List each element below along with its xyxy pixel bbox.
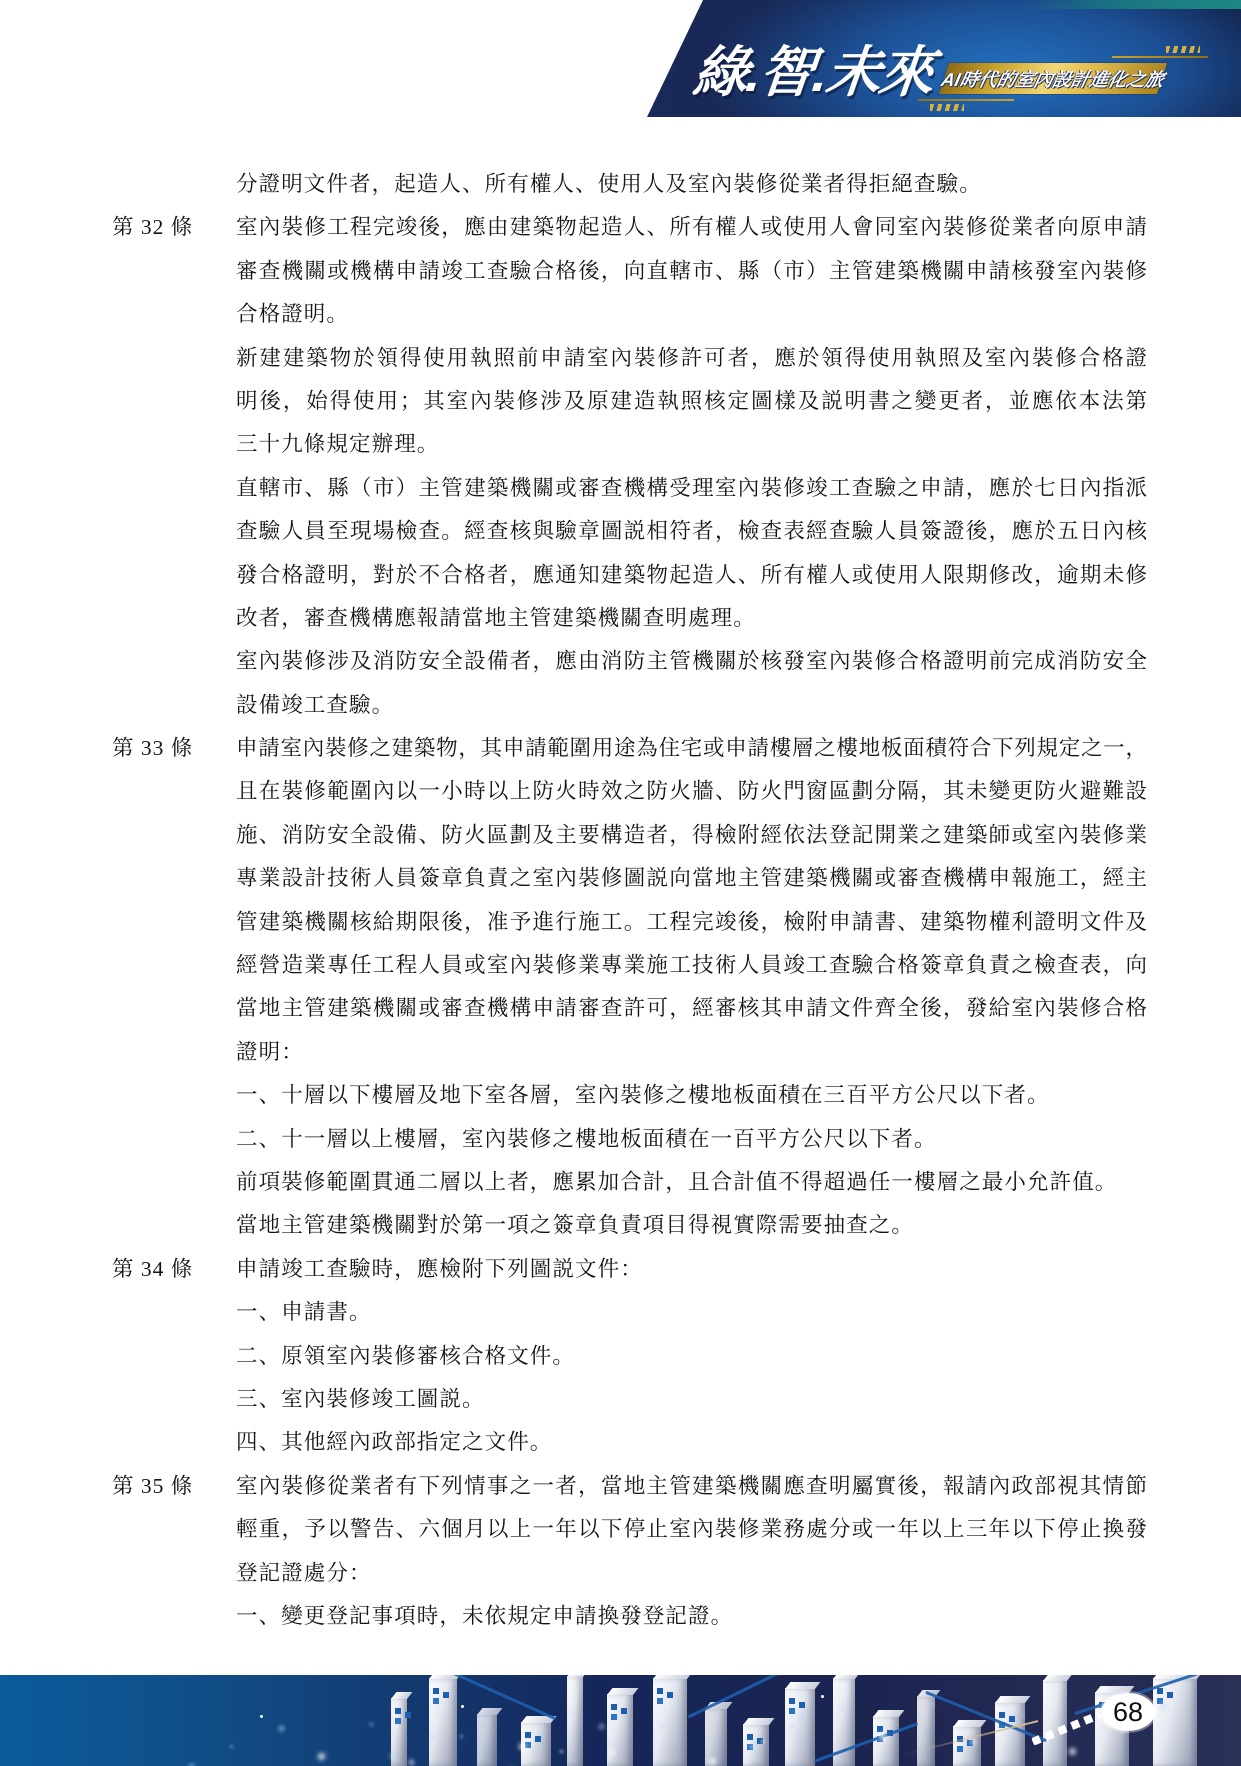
building-shape: [705, 1708, 727, 1766]
line-text: 施、消防安全設備、防火區劃及主要構造者，得檢附經依法登記開業之建築師或室內裝修業: [236, 814, 1147, 857]
tagline-text: AI時代的室內設計進化之旅: [939, 66, 1167, 92]
line-text: 室內裝修從業者有下列情事之一者，當地主管建築機關應查明屬實後，報請內政部視其情節: [236, 1465, 1147, 1508]
article-number: 第 33 條: [112, 727, 193, 770]
line-text: 發合格證明，對於不合格者，應通知建築物起造人、所有權人或使用人限期修改，逾期未修: [236, 554, 1147, 597]
line-text: 一、十層以下樓層及地下室各層，室內裝修之樓地板面積在三百平方公尺以下者。: [236, 1074, 1147, 1117]
text-line: 專業設計技術人員簽章負責之室內裝修圖説向當地主管建築機關或審查機構申報施工，經主: [112, 857, 1147, 900]
glow-dots: [461, 1705, 464, 1708]
line-text: 專業設計技術人員簽章負責之室內裝修圖説向當地主管建築機關或審查機構申報施工，經主: [236, 857, 1147, 900]
text-line: 四、其他經內政部指定之文件。: [112, 1421, 1147, 1464]
text-line: 設備竣工查驗。: [112, 684, 1147, 727]
text-line: 管建築機關核給期限後，准予進行施工。工程完竣後，檢附申請書、建築物權利證明文件及: [112, 901, 1147, 944]
line-text: 直轄市、縣（市）主管建築機關或審查機構受理室內裝修竣工查驗之申請，應於七日內指派: [236, 467, 1147, 510]
building-shape: [995, 1702, 1025, 1766]
text-line: 改者，審查機構應報請當地主管建築機關查明處理。: [112, 597, 1147, 640]
text-line: 一、申請書。: [112, 1291, 1147, 1334]
text-line: 三、室內裝修竣工圖説。: [112, 1378, 1147, 1421]
text-line: 審查機關或機構申請竣工查驗合格後，向直轄市、縣（市）主管建築機關申請核發室內裝修: [112, 250, 1147, 293]
building-shape: [521, 1722, 551, 1766]
line-text: 當地主管建築機關或審查機構申請審查許可，經審核其申請文件齊全後，發給室內裝修合格: [236, 987, 1147, 1030]
building-shape: [917, 1696, 935, 1766]
building-shape: [429, 1678, 457, 1766]
header-banner: [0, 0, 1241, 117]
line-text: 審查機關或機構申請竣工查驗合格後，向直轄市、縣（市）主管建築機關申請核發室內裝修: [236, 250, 1147, 293]
line-text: 證明：: [236, 1031, 1147, 1074]
building-shape: [391, 1698, 407, 1766]
text-line: 直轄市、縣（市）主管建築機關或審查機構受理室內裝修竣工查驗之申請，應於七日內指派: [112, 467, 1147, 510]
building-shape: [873, 1716, 899, 1766]
text-line: 且在裝修範圍內以一小時以上防火時效之防火牆、防火門窗區劃分隔，其未變更防火避難設: [112, 770, 1147, 813]
page-number: 68: [1113, 1697, 1143, 1728]
text-line: 三十九條規定辦理。: [112, 423, 1147, 466]
building-shape: [607, 1694, 633, 1766]
line-text: 經營造業專任工程人員或室內裝修業專業施工技術人員竣工查驗合格簽章負責之檢查表，向: [236, 944, 1147, 987]
footer-band: [0, 1675, 1241, 1766]
text-line: 施、消防安全設備、防火區劃及主要構造者，得檢附經依法登記開業之建築師或室內裝修業: [112, 814, 1147, 857]
text-line: 登記證處分：: [112, 1552, 1147, 1595]
badge-accent-dashes-bottom: [930, 104, 964, 111]
badge-accent-dashes-top: [1166, 46, 1200, 53]
line-text: 合格證明。: [236, 293, 1147, 336]
text-line: 新建建築物於領得使用執照前申請室內裝修許可者，應於領得使用執照及室內裝修合格證: [112, 337, 1147, 380]
text-line: 輕重，予以警告、六個月以上一年以下停止室內裝修業務處分或一年以上三年以下停止換發: [112, 1508, 1147, 1551]
building-shape: [567, 1676, 583, 1766]
document-page: 綠.智.未來 AI時代的室內設計進化之旅 分證明文件者，起造人、所有權人、使用人…: [0, 0, 1241, 1766]
line-text: 且在裝修範圍內以一小時以上防火時效之防火牆、防火門窗區劃分隔，其未變更防火避難設: [236, 770, 1147, 813]
article-line: 第 32 條室內裝修工程完竣後，應由建築物起造人、所有權人或使用人會同室內裝修從…: [112, 206, 1147, 249]
text-line: 一、變更登記事項時，未依規定申請換發登記證。: [112, 1595, 1147, 1638]
article-number: 第 32 條: [112, 206, 193, 249]
building-shape: [1043, 1680, 1067, 1766]
line-text: 室內裝修工程完竣後，應由建築物起造人、所有權人或使用人會同室內裝修從業者向原申請: [236, 206, 1147, 249]
article-line: 第 35 條室內裝修從業者有下列情事之一者，當地主管建築機關應查明屬實後，報請內…: [112, 1465, 1147, 1508]
page-number-badge: 68: [1101, 1693, 1155, 1731]
line-text: 管建築機關核給期限後，准予進行施工。工程完竣後，檢附申請書、建築物權利證明文件及: [236, 901, 1147, 944]
glow-dots: [821, 1695, 824, 1698]
text-line: 發合格證明，對於不合格者，應通知建築物起造人、所有權人或使用人限期修改，逾期未修: [112, 554, 1147, 597]
article-number: 第 34 條: [112, 1248, 193, 1291]
header-teal-strip: [1020, 0, 1241, 9]
brand-logo: 綠.智.未來: [690, 28, 948, 107]
building-shape: [743, 1724, 769, 1766]
line-text: 當地主管建築機關對於第一項之簽章負責項目得視實際需要抽查之。: [236, 1204, 1147, 1247]
text-line: 當地主管建築機關對於第一項之簽章負責項目得視實際需要抽查之。: [112, 1204, 1147, 1247]
line-text: 四、其他經內政部指定之文件。: [236, 1421, 1147, 1464]
line-text: 三、室內裝修竣工圖説。: [236, 1378, 1147, 1421]
building-shape: [953, 1726, 981, 1766]
building-shape: [477, 1714, 497, 1766]
article-line: 第 33 條申請室內裝修之建築物，其申請範圍用途為住宅或申請樓層之樓地板面積符合…: [112, 727, 1147, 770]
building-shape: [1153, 1678, 1197, 1766]
line-text: 登記證處分：: [236, 1552, 1147, 1595]
article-number: 第 35 條: [112, 1465, 193, 1508]
line-text: 三十九條規定辦理。: [236, 423, 1147, 466]
line-text: 申請竣工查驗時，應檢附下列圖説文件：: [236, 1248, 1147, 1291]
line-text: 二、十一層以上樓層，室內裝修之樓地板面積在一百平方公尺以下者。: [236, 1118, 1147, 1161]
circuit-line: [446, 1675, 557, 1720]
line-text: 改者，審查機構應報請當地主管建築機關查明處理。: [236, 597, 1147, 640]
text-line: 二、十一層以上樓層，室內裝修之樓地板面積在一百平方公尺以下者。: [112, 1118, 1147, 1161]
line-text: 申請室內裝修之建築物，其申請範圍用途為住宅或申請樓層之樓地板面積符合下列規定之一…: [236, 727, 1147, 770]
article-line: 第 34 條申請竣工查驗時，應檢附下列圖説文件：: [112, 1248, 1147, 1291]
glow-dots: [260, 1715, 263, 1718]
text-line: 室內裝修涉及消防安全設備者，應由消防主管機關於核發室內裝修合格證明前完成消防安全: [112, 640, 1147, 683]
tagline-badge: AI時代的室內設計進化之旅: [939, 63, 1167, 94]
text-line: 合格證明。: [112, 293, 1147, 336]
document-lines: 分證明文件者，起造人、所有權人、使用人及室內裝修從業者得拒絕查驗。第 32 條室…: [112, 163, 1147, 1638]
line-text: 室內裝修涉及消防安全設備者，應由消防主管機關於核發室內裝修合格證明前完成消防安全: [236, 640, 1147, 683]
text-line: 當地主管建築機關或審查機構申請審查許可，經審核其申請文件齊全後，發給室內裝修合格: [112, 987, 1147, 1030]
line-text: 新建建築物於領得使用執照前申請室內裝修許可者，應於領得使用執照及室內裝修合格證: [236, 337, 1147, 380]
line-text: 一、申請書。: [236, 1291, 1147, 1334]
text-line: 前項裝修範圍貫通二層以上者，應累加合計，且合計值不得超過任一樓層之最小允許值。: [112, 1161, 1147, 1204]
document-body: 分證明文件者，起造人、所有權人、使用人及室內裝修從業者得拒絕查驗。第 32 條室…: [112, 163, 1147, 1638]
circuit-line: [814, 1722, 918, 1762]
text-line: 明後，始得使用；其室內裝修涉及原建造執照核定圖樣及説明書之變更者，並應依本法第: [112, 380, 1147, 423]
text-line: 一、十層以下樓層及地下室各層，室內裝修之樓地板面積在三百平方公尺以下者。: [112, 1074, 1147, 1117]
text-line: 經營造業專任工程人員或室內裝修業專業施工技術人員竣工查驗合格簽章負責之檢查表，向: [112, 944, 1147, 987]
line-text: 設備竣工查驗。: [236, 684, 1147, 727]
badge-accent-line-bottom: [918, 99, 1015, 101]
building-shape: [785, 1688, 815, 1766]
line-text: 輕重，予以警告、六個月以上一年以下停止室內裝修業務處分或一年以上三年以下停止換發: [236, 1508, 1147, 1551]
badge-accent-line-top: [1112, 56, 1209, 58]
line-text: 二、原領室內裝修審核合格文件。: [236, 1335, 1147, 1378]
line-text: 前項裝修範圍貫通二層以上者，應累加合計，且合計值不得超過任一樓層之最小允許值。: [236, 1161, 1147, 1204]
building-shape: [653, 1678, 687, 1766]
line-text: 一、變更登記事項時，未依規定申請換發登記證。: [236, 1595, 1147, 1638]
line-text: 明後，始得使用；其室內裝修涉及原建造執照核定圖樣及説明書之變更者，並應依本法第: [236, 380, 1147, 423]
text-line: 分證明文件者，起造人、所有權人、使用人及室內裝修從業者得拒絕查驗。: [112, 163, 1147, 206]
line-text: 分證明文件者，起造人、所有權人、使用人及室內裝修從業者得拒絕查驗。: [236, 163, 1147, 206]
text-line: 二、原領室內裝修審核合格文件。: [112, 1335, 1147, 1378]
text-line: 證明：: [112, 1031, 1147, 1074]
text-line: 查驗人員至現場檢查。經查核與驗章圖説相符者，檢查表經查驗人員簽證後，應於五日內核: [112, 510, 1147, 553]
line-text: 查驗人員至現場檢查。經查核與驗章圖説相符者，檢查表經查驗人員簽證後，應於五日內核: [236, 510, 1147, 553]
